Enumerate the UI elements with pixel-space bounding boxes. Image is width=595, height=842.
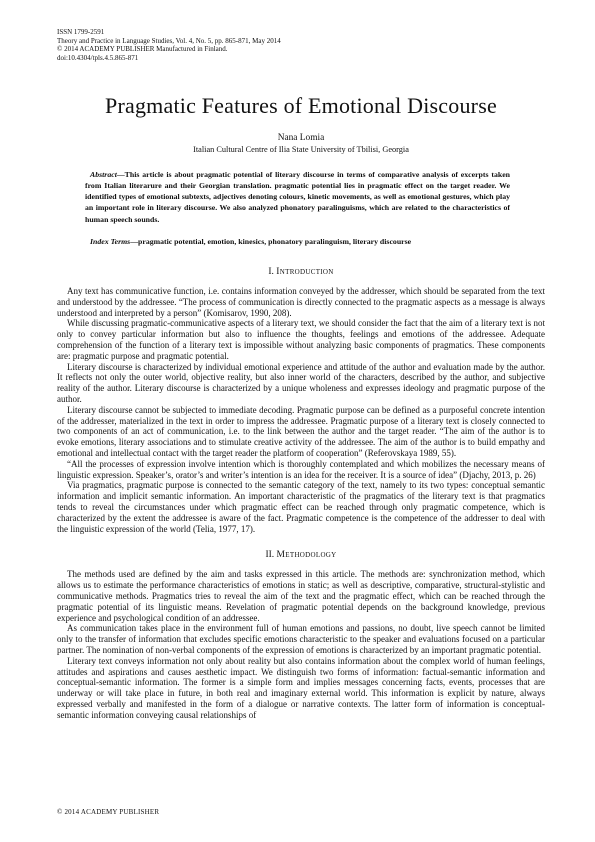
author-affiliation: Italian Cultural Centre of Ilia State Un…: [57, 145, 545, 154]
section-number: II.: [265, 550, 274, 560]
header-journal-line: Theory and Practice in Language Studies,…: [57, 37, 545, 46]
abstract-label: Abstract: [90, 170, 117, 179]
author-name: Nana Lomia: [57, 133, 545, 143]
abstract-text: —This article is about pragmatic potenti…: [85, 170, 510, 224]
header-issn: ISSN 1799-2591: [57, 28, 545, 37]
paragraph: “All the processes of expression involve…: [57, 459, 545, 481]
paragraph: Via pragmatics, pragmatic purpose is con…: [57, 480, 545, 534]
header-doi: doi:10.4304/tpls.4.5.865-871: [57, 54, 545, 63]
paper-title: Pragmatic Features of Emotional Discours…: [57, 93, 545, 119]
page-header: ISSN 1799-2591 Theory and Practice in La…: [57, 28, 545, 62]
section-heading-methodology: II. Methodology: [57, 550, 545, 560]
paragraph: Literary discourse is characterized by i…: [57, 362, 545, 405]
paragraph: Any text has communicative function, i.e…: [57, 286, 545, 318]
paragraph: As communication takes place in the envi…: [57, 623, 545, 655]
section-title: Methodology: [277, 550, 337, 560]
section-introduction: I. Introduction Any text has communicati…: [57, 267, 545, 534]
section-methodology: II. Methodology The methods used are def…: [57, 550, 545, 720]
header-copyright-line: © 2014 ACADEMY PUBLISHER Manufactured in…: [57, 45, 545, 54]
paragraph: The methods used are defined by the aim …: [57, 569, 545, 623]
index-terms-text: —pragmatic potential, emotion, kinesics,…: [130, 237, 411, 246]
section-title: Introduction: [276, 267, 333, 277]
paper-page: ISSN 1799-2591 Theory and Practice in La…: [0, 0, 595, 842]
index-terms-label: Index Terms: [90, 237, 130, 246]
section-heading-introduction: I. Introduction: [57, 267, 545, 277]
paragraph: While discussing pragmatic-communicative…: [57, 318, 545, 361]
section-number: I.: [268, 267, 274, 277]
page-footer: © 2014 ACADEMY PUBLISHER: [57, 808, 159, 816]
abstract: Abstract—This article is about pragmatic…: [85, 169, 510, 225]
index-terms: Index Terms—pragmatic potential, emotion…: [85, 236, 510, 247]
paragraph: Literary discourse cannot be subjected t…: [57, 405, 545, 459]
paragraph: Literary text conveys information not on…: [57, 656, 545, 721]
